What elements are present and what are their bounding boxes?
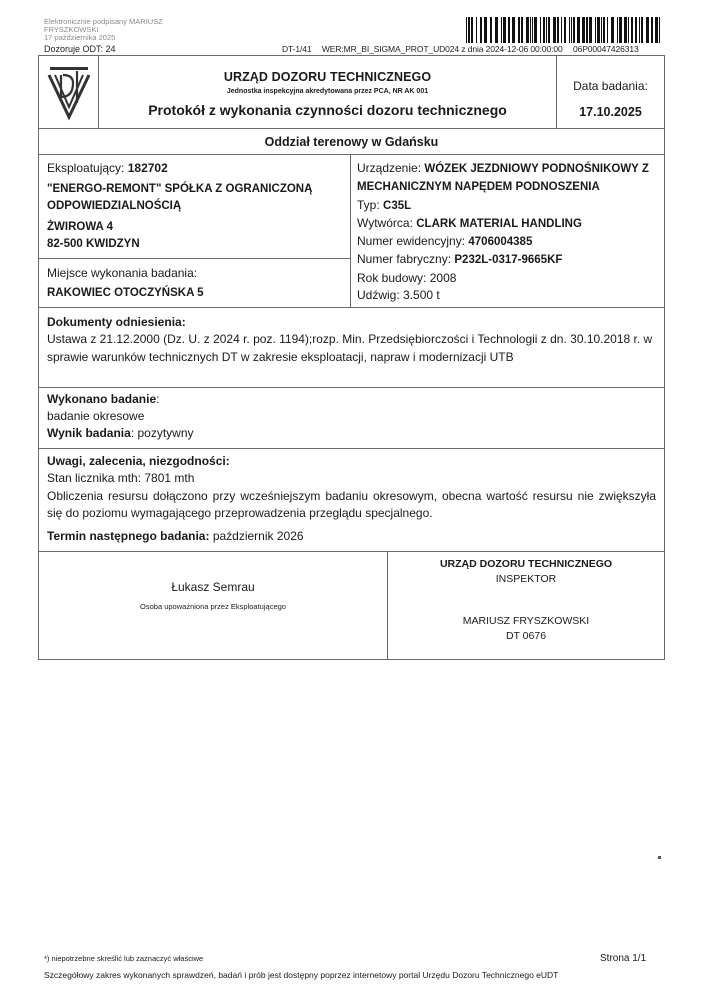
accreditation: Jednostka inspekcyjna akredytowana przez…: [99, 88, 556, 95]
device-value-2: MECHANICZNYM NAPĘDEM PODNOSZENIA: [357, 181, 600, 193]
manufacturer-value: CLARK MATERIAL HANDLING: [416, 218, 582, 230]
device-label: Urządzenie:: [357, 161, 421, 175]
reference-documents: Dokumenty odniesienia: Ustawa z 21.12.20…: [38, 307, 665, 388]
next-exam-label: Termin następnego badania:: [47, 529, 209, 543]
inspector-license: DT 0676: [388, 630, 664, 642]
signatures-section: Łukasz Semrau Osoba upoważniona przez Ek…: [38, 551, 665, 660]
protocol-title: Protokół z wykonania czynności dozoru te…: [99, 102, 556, 118]
serial-value: P232L-0317-9665KF: [454, 254, 562, 266]
exam-date-value: 17.10.2025: [557, 105, 664, 119]
notes-section: Uwagi, zalecenia, niezgodności: Stan lic…: [38, 448, 665, 552]
operator-signature: Łukasz Semrau Osoba upoważniona przez Ek…: [39, 552, 388, 659]
notes-text: Obliczenia resursu dołączono przy wcześn…: [47, 488, 656, 523]
form-metadata: DT-1/41 WER:MR_BI_SIGMA_PROT_UD024 z dni…: [282, 44, 639, 54]
barcode-number: 06P00047426313: [573, 44, 639, 54]
branch-office: Oddział terenowy w Gdańsku: [38, 128, 665, 155]
electronic-signature-stamp: Elektronicznie podpisany MARIUSZ FRYSZKO…: [44, 18, 163, 42]
operator-name-2: ODPOWIEDZIALNOŚCIĄ: [47, 198, 350, 215]
inspector-office: URZĄD DOZORU TECHNICZNEGO: [388, 558, 664, 570]
exam-date-label: Data badania:: [557, 79, 664, 93]
type-value: C35L: [383, 200, 411, 212]
operator-name-1: "ENERGO-REMONT" SPÓŁKA Z OGRANICZONĄ: [47, 181, 350, 198]
footnote: *) niepotrzebne skreślić lub zaznaczyć w…: [44, 954, 203, 963]
result-value: pozytywny: [137, 426, 193, 440]
operator-street: ŻWIROWA 4: [47, 219, 350, 236]
place-label: Miejsce wykonania badania:: [47, 266, 350, 280]
serial-label: Numer fabryczny:: [357, 252, 451, 266]
registry-value: 4706004385: [468, 236, 532, 248]
performed-label: Wykonano badanie: [47, 392, 156, 406]
supervising-branch: Dozoruje ODT: 24: [44, 44, 116, 54]
scan-speck: [658, 856, 661, 859]
capacity-label: Udźwig:: [357, 288, 400, 302]
operator-representative-name: Łukasz Semrau: [39, 580, 387, 594]
operator-id: 182702: [128, 161, 168, 175]
inspector-name: MARIUSZ FRYSZKOWSKI: [388, 615, 664, 627]
notes-label: Uwagi, zalecenia, niezgodności:: [47, 454, 230, 468]
operator-column: Eksploatujący: 182702 "ENERGO-REMONT" SP…: [39, 155, 351, 307]
inspector-role: INSPEKTOR: [388, 573, 664, 585]
documents-label: Dokumenty odniesienia:: [47, 315, 186, 329]
signature-line-3: 17 października 2025: [44, 34, 163, 42]
logo-cell: [39, 56, 99, 128]
info-section: Eksploatujący: 182702 "ENERGO-REMONT" SP…: [38, 154, 665, 308]
form-code: DT-1/41: [282, 44, 312, 54]
year-label: Rok budowy:: [357, 271, 426, 285]
device-value-1: WÓZEK JEZDNIOWY PODNOŚNIKOWY Z: [424, 163, 648, 175]
result-label: Wynik badania: [47, 426, 131, 440]
udt-logo-icon: [46, 63, 92, 121]
document-header: URZĄD DOZORU TECHNICZNEGO Jednostka insp…: [38, 55, 665, 129]
exam-date-cell: Data badania: 17.10.2025: [557, 56, 664, 128]
portal-note: Szczegółowy zakres wykonanych sprawdzeń,…: [44, 970, 558, 980]
next-exam-value: październik 2026: [213, 529, 304, 543]
inspector-signature: URZĄD DOZORU TECHNICZNEGO INSPEKTOR MARI…: [388, 552, 664, 659]
examination-section: Wykonano badanie: badanie okresowe Wynik…: [38, 387, 665, 449]
title-cell: URZĄD DOZORU TECHNICZNEGO Jednostka insp…: [99, 56, 557, 128]
org-name: URZĄD DOZORU TECHNICZNEGO: [99, 70, 556, 84]
form-version: WER:MR_BI_SIGMA_PROT_UD024 z dnia 2024-1…: [322, 44, 563, 54]
place-value: RAKOWIEC OTOCZYŃSKA 5: [47, 287, 350, 299]
operator-representative-role: Osoba upoważniona przez Eksploatującego: [39, 602, 387, 611]
place-box: Miejsce wykonania badania: RAKOWIEC OTOC…: [39, 259, 350, 307]
counter-reading: Stan licznika mth: 7801 mth: [47, 470, 656, 487]
performed-value: badanie okresowe: [47, 408, 656, 425]
device-column: Urządzenie: WÓZEK JEZDNIOWY PODNOŚNIKOWY…: [351, 155, 664, 307]
registry-label: Numer ewidencyjny:: [357, 234, 465, 248]
capacity-value: 3.500 t: [403, 288, 440, 302]
year-value: 2008: [430, 271, 457, 285]
page-number: Strona 1/1: [600, 953, 646, 964]
barcode-icon: [466, 17, 662, 43]
operator-city: 82-500 KWIDZYN: [47, 236, 350, 253]
documents-text: Ustawa z 21.12.2000 (Dz. U. z 2024 r. po…: [47, 331, 656, 366]
operator-label: Eksploatujący:: [47, 161, 124, 175]
manufacturer-label: Wytwórca:: [357, 216, 413, 230]
type-label: Typ:: [357, 198, 380, 212]
operator-box: Eksploatujący: 182702 "ENERGO-REMONT" SP…: [39, 155, 350, 259]
